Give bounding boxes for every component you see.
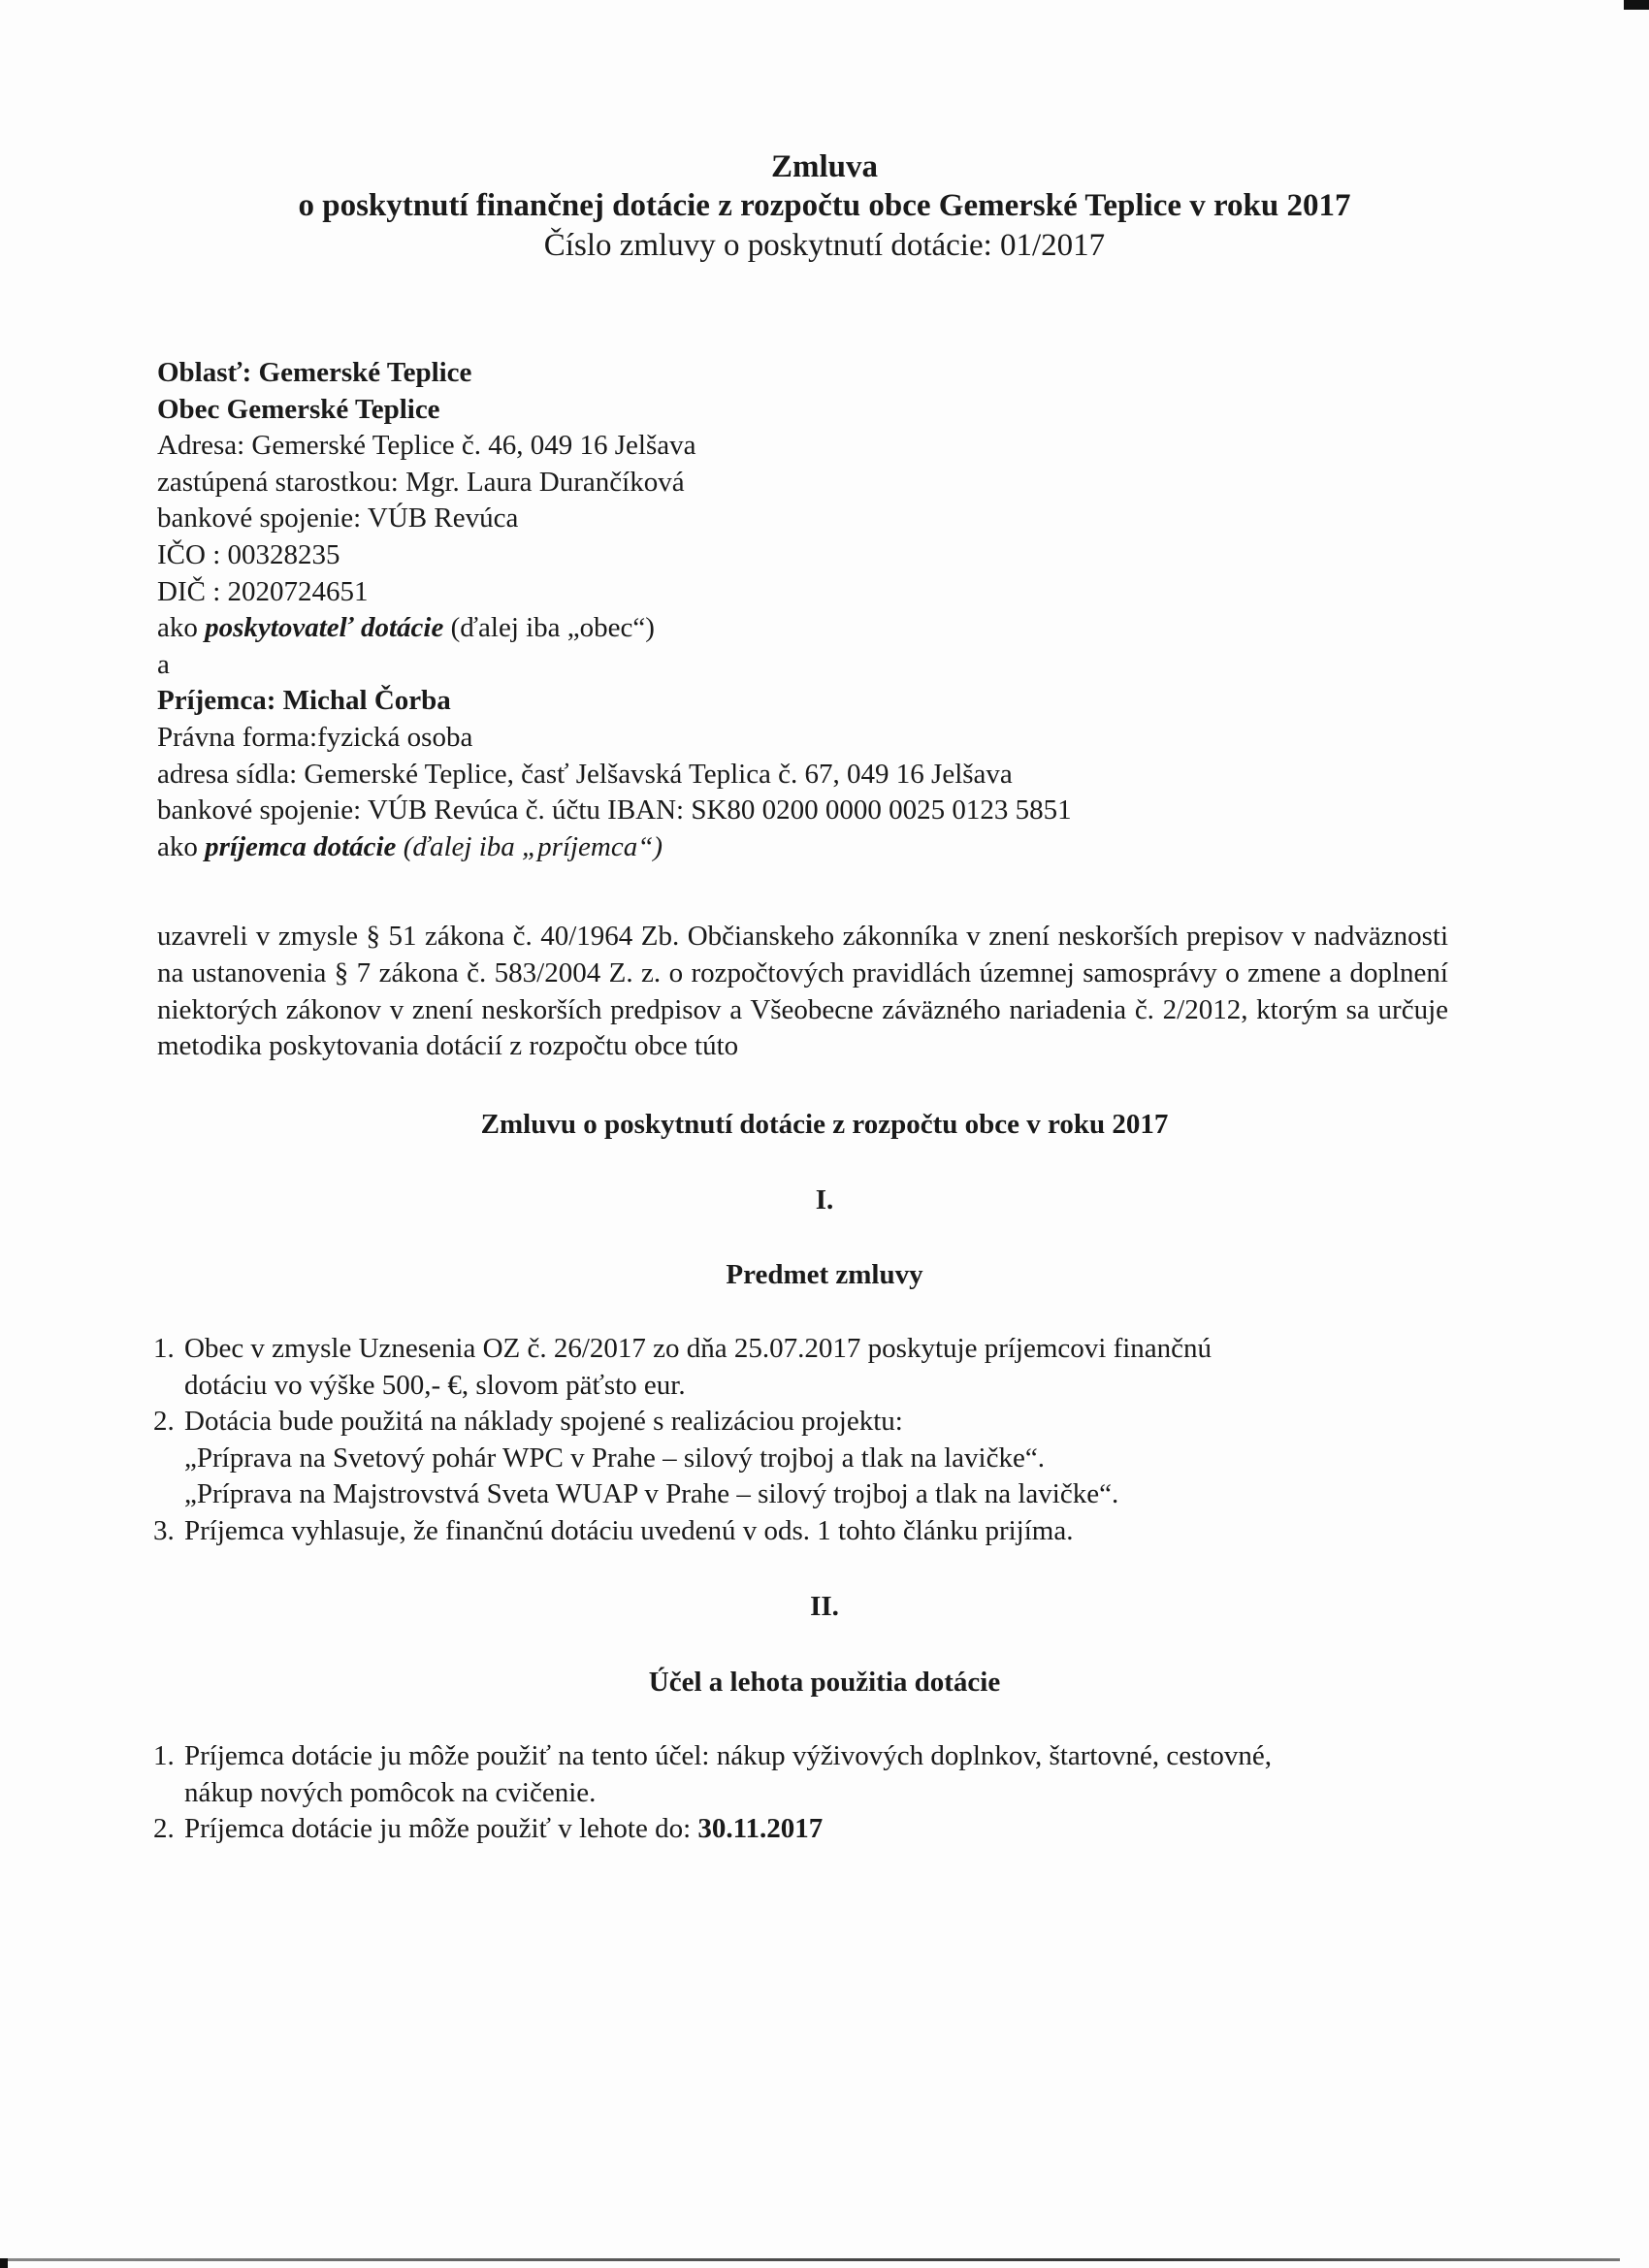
item-text-line: Príjemca dotácie ju môže použiť v lehote… [184,1811,1511,1848]
list-item: 1.Príjemca dotácie ju môže použiť na ten… [153,1738,1511,1811]
role-prefix: ako [157,612,205,643]
role-emphasis: poskytovateľ dotácie [205,612,443,643]
role-suffix: (ďalej iba „príjemca“) [396,831,663,862]
provider-area: Oblasť: Gemerské Teplice [157,355,1467,392]
section-number: II. [145,1588,1503,1625]
item-text-line: „Príprava na Svetový pohár WPC v Prahe –… [184,1441,1511,1477]
role-emphasis: príjemca dotácie [205,831,396,862]
list-item: 2.Dotácia bude použitá na náklady spojen… [153,1404,1511,1513]
section-title: Predmet zmluvy [145,1256,1503,1293]
document-title: Zmluva [145,147,1503,186]
provider-address: Adresa: Gemerské Teplice č. 46, 049 16 J… [157,428,1467,465]
item-number: 1. [153,1738,175,1775]
document-header: Zmluva o poskytnutí finančnej dotácie z … [145,147,1503,266]
provider-role: ako poskytovateľ dotácie (ďalej iba „obe… [157,610,1467,647]
list-item: 3.Príjemca vyhlasuje, že finančnú dotáci… [153,1513,1511,1550]
recipient-address: adresa sídla: Gemerské Teplice, časť Jel… [157,757,1467,794]
item-text-line: dotáciu vo výške 500,- €, slovom päťsto … [184,1368,1511,1405]
scan-corner-mark [1624,0,1649,10]
provider-representative: zastúpená starostkou: Mgr. Laura Durančí… [157,465,1467,502]
item-emphasis: 30.11.2017 [697,1813,823,1844]
legal-basis-paragraph: uzavreli v zmysle § 51 zákona č. 40/1964… [157,919,1448,1065]
contract-number: Číslo zmluvy o poskytnutí dotácie: 01/20… [145,225,1503,266]
provider-name: Obec Gemerské Teplice [157,392,1467,429]
item-text-line: nákup nových pomôcok na cvičenie. [184,1775,1511,1812]
section-title: Účel a lehota použitia dotácie [145,1664,1503,1701]
item-text-line: Dotácia bude použitá na náklady spojené … [184,1404,1511,1441]
document-subtitle: o poskytnutí finančnej dotácie z rozpočt… [145,186,1503,225]
scan-corner-mark [0,2258,8,2268]
item-text-line: Obec v zmysle Uznesenia OZ č. 26/2017 zo… [184,1331,1511,1368]
item-text-line: Príjemca vyhlasuje, že finančnú dotáciu … [184,1513,1511,1550]
item-text-line: Príjemca dotácie ju môže použiť na tento… [184,1738,1511,1775]
section-items: 1.Obec v zmysle Uznesenia OZ č. 26/2017 … [153,1331,1511,1550]
list-item: 2.Príjemca dotácie ju môže použiť v leho… [153,1811,1511,1848]
list-item: 1.Obec v zmysle Uznesenia OZ č. 26/2017 … [153,1331,1511,1404]
provider-bank: bankové spojenie: VÚB Revúca [157,501,1467,537]
item-text-line: „Príprava na Majstrovstvá Sveta WUAP v P… [184,1476,1511,1513]
contract-parties: Oblasť: Gemerské Teplice Obec Gemerské T… [157,355,1467,865]
provider-ico: IČO : 00328235 [157,537,1467,574]
recipient-name: Príjemca: Michal Čorba [157,683,1467,720]
item-number: 2. [153,1811,175,1848]
recipient-legal-form: Právna forma:fyzická osoba [157,720,1467,757]
item-number: 2. [153,1404,175,1441]
section-number: I. [145,1182,1503,1218]
scanned-page: Zmluva o poskytnutí finančnej dotácie z … [0,0,1649,2268]
recipient-role: ako príjemca dotácie (ďalej iba „príjemc… [157,829,1467,866]
conjunction: a [157,647,1467,684]
item-number: 1. [153,1331,175,1368]
agreement-title: Zmluvu o poskytnutí dotácie z rozpočtu o… [145,1106,1503,1143]
item-number: 3. [153,1513,175,1550]
recipient-bank: bankové spojenie: VÚB Revúca č. účtu IBA… [157,793,1467,829]
section-items: 1.Príjemca dotácie ju môže použiť na ten… [153,1738,1511,1848]
provider-dic: DIČ : 2020724651 [157,574,1467,611]
role-prefix: ako [157,831,205,862]
scan-bottom-edge [0,2258,1620,2261]
role-suffix: (ďalej iba „obec“) [443,612,655,643]
